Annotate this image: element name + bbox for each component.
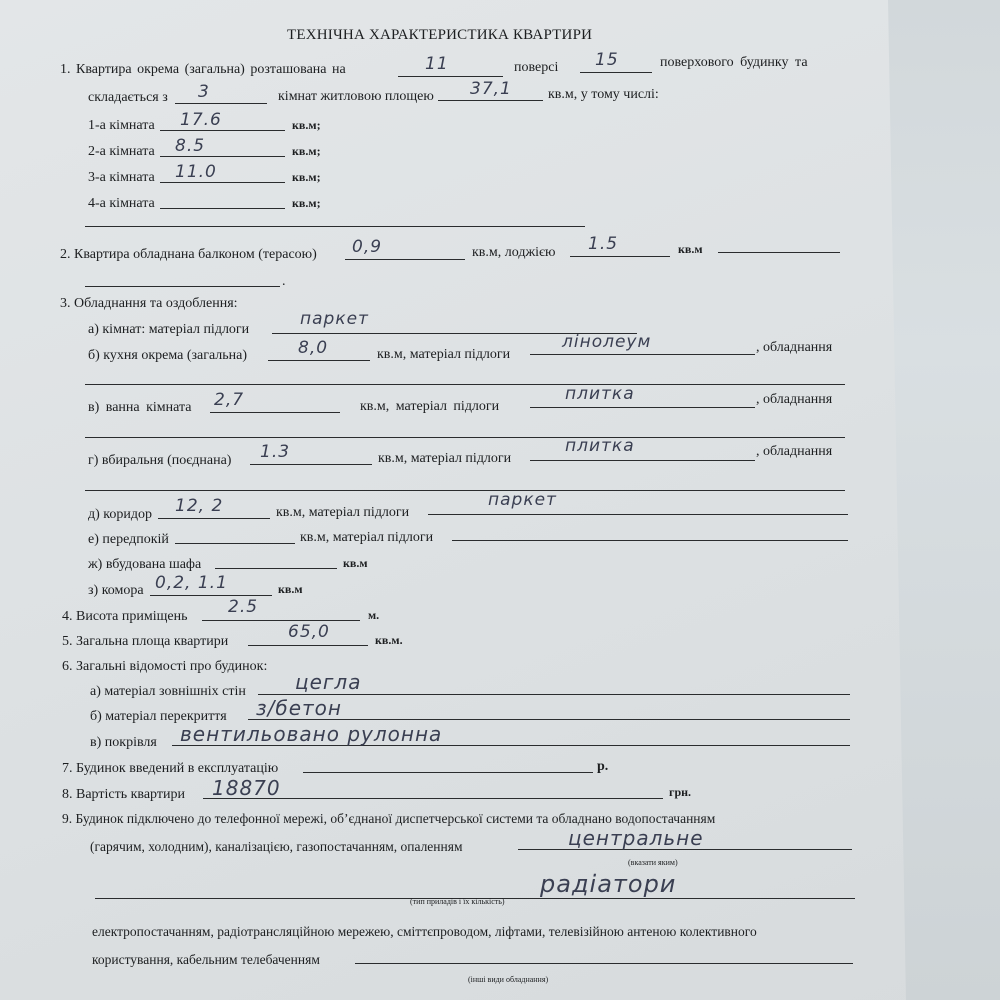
price-value: 18870 [212, 776, 281, 800]
form-sheet: ТЕХНІЧНА ХАРАКТЕРИСТИКА КВАРТИРИ 1. Квар… [0, 0, 1000, 1000]
year-unit: р. [597, 759, 608, 775]
storage-unit: кв.м [278, 582, 303, 597]
total-area-value: 65,0 [288, 622, 330, 642]
s3e-label: е) передпокій [88, 532, 169, 548]
balcony-value: 0,9 [352, 237, 382, 257]
storeys-value: 15 [595, 50, 619, 70]
hall-floor-field[interactable] [452, 540, 848, 541]
living-area-suffix: кв.м, у тому числі: [548, 87, 659, 103]
room1-label: 1-а кімната [88, 118, 155, 134]
wardrobe-field[interactable] [215, 568, 337, 569]
s4-label: 4. Висота приміщень [62, 609, 187, 625]
rooms-count-value: 3 [198, 82, 210, 102]
loggia-unit: кв.м [678, 242, 703, 257]
extra-area-field[interactable] [718, 252, 840, 253]
s5-label: 5. Загальна площа квартири [62, 634, 228, 650]
floor-field[interactable] [398, 76, 503, 77]
living-area-field[interactable] [438, 100, 543, 101]
room2-field[interactable] [160, 156, 285, 157]
walls-field[interactable] [258, 694, 850, 695]
s3g-label: г) вбиральня (поєднана) [88, 453, 231, 469]
room1-field[interactable] [160, 130, 285, 131]
extra-area-field-2[interactable] [85, 286, 280, 287]
kitchen-floor-field[interactable] [530, 354, 755, 355]
bath-area-value: 2,7 [214, 390, 244, 410]
wc-floor-label: кв.м, матеріал підлоги [378, 451, 511, 467]
corridor-area-field[interactable] [158, 518, 270, 519]
loggia-value: 1.5 [588, 234, 618, 254]
bath-floor-value: плитка [565, 384, 635, 404]
kitchen-equip: , обладнання [756, 340, 832, 356]
living-area-value: 37,1 [470, 79, 512, 99]
wc-floor-value: плитка [565, 436, 635, 456]
s9-line2: (гарячим, холодним), каналізацією, газоп… [90, 839, 463, 855]
total-area-unit: кв.м. [375, 633, 403, 648]
room3-unit: кв.м; [292, 170, 321, 185]
wardrobe-unit: кв.м [343, 556, 368, 571]
bath-area-field[interactable] [210, 412, 340, 413]
walls-value: цегла [295, 670, 361, 694]
rooms-count-field[interactable] [175, 103, 267, 104]
wc-floor-field[interactable] [530, 460, 755, 461]
height-field[interactable] [202, 620, 360, 621]
room2-label: 2-а кімната [88, 144, 155, 160]
bath-floor-label: кв.м, матеріал підлоги [360, 399, 499, 415]
room2-unit: кв.м; [292, 144, 321, 159]
loggia-label: кв.м, лоджією [472, 245, 556, 261]
room2-value: 8.5 [175, 136, 205, 156]
s8-label: 8. Вартість квартири [62, 787, 185, 803]
storage-value: 0,2, 1.1 [155, 573, 228, 593]
s3zh-label: ж) вбудована шафа [88, 557, 201, 573]
kitchen-equip-field[interactable] [85, 384, 845, 385]
corridor-floor-field[interactable] [428, 514, 848, 515]
roof-label: в) покрівля [90, 735, 157, 751]
loggia-field[interactable] [570, 256, 670, 257]
walls-label: а) матеріал зовнішніх стін [90, 684, 246, 700]
bath-floor-field[interactable] [530, 407, 755, 408]
hall-area-field[interactable] [175, 543, 295, 544]
storage-field[interactable] [150, 595, 272, 596]
room3-label: 3-а кімната [88, 170, 155, 186]
wc-equip: , обладнання [756, 444, 832, 460]
wc-area-value: 1.3 [260, 442, 290, 462]
s3z-label: з) комора [88, 583, 144, 599]
room3-value: 11.0 [175, 162, 217, 182]
balcony-field[interactable] [345, 259, 465, 260]
other-equipment-field[interactable] [355, 963, 853, 964]
s9-line3: електропостачанням, радіотрансляційною м… [92, 924, 757, 940]
kitchen-floor-value: лінолеум [562, 332, 651, 352]
s7-label: 7. Будинок введений в експлуатацію [62, 761, 278, 777]
rooms-prefix: складається з [88, 90, 168, 106]
bath-equip: , обладнання [756, 392, 832, 408]
room4-field[interactable] [160, 208, 285, 209]
roof-value: вентильовано рулонна [180, 722, 442, 746]
s3-heading: 3. Обладнання та оздоблення: [60, 296, 238, 312]
kitchen-area-field[interactable] [268, 360, 370, 361]
wc-area-field[interactable] [250, 464, 372, 465]
ceiling-value: з/бетон [256, 696, 342, 720]
storeys-label: поверхового будинку та [660, 55, 808, 71]
kitchen-area-value: 8,0 [298, 338, 328, 358]
s9-line1: 9. Будинок підключено до телефонної мере… [62, 811, 715, 827]
height-value: 2.5 [228, 597, 258, 617]
corridor-area-value: 12, 2 [175, 496, 223, 516]
s3d-label: д) коридор [88, 507, 152, 523]
total-area-field[interactable] [248, 645, 368, 646]
room-floor-value: паркет [300, 309, 369, 329]
extra-line-1[interactable] [85, 226, 585, 227]
room1-value: 17.6 [180, 110, 222, 130]
storeys-field[interactable] [580, 72, 652, 73]
room1-unit: кв.м; [292, 118, 321, 133]
price-unit: грн. [669, 785, 691, 800]
height-unit: м. [368, 608, 379, 623]
s2-prefix: 2. Квартира обладнана балконом (терасою) [60, 247, 317, 263]
year-field[interactable] [303, 772, 593, 773]
heating-value: центральне [568, 826, 704, 850]
s2-end: . [282, 274, 286, 290]
s6-heading: 6. Загальні відомості про будинок: [62, 659, 267, 675]
heating-hint: (вказати яким) [628, 858, 678, 867]
devices-value: радіатори [540, 870, 676, 898]
s3v-label: в) ванна кімната [88, 400, 192, 416]
bath-equip-field[interactable] [85, 437, 845, 438]
room4-label: 4-а кімната [88, 196, 155, 212]
other-equipment-hint: (інші види обладнання) [468, 975, 548, 984]
form-title: ТЕХНІЧНА ХАРАКТЕРИСТИКА КВАРТИРИ [287, 27, 592, 44]
hall-floor-label: кв.м, матеріал підлоги [300, 530, 433, 546]
corridor-floor-label: кв.м, матеріал підлоги [276, 505, 409, 521]
floor-value: 11 [425, 54, 449, 74]
room3-field[interactable] [160, 182, 285, 183]
s1-prefix: 1. Квартира окрема (загальна) розташован… [60, 62, 346, 78]
s3b-label: б) кухня окрема (загальна) [88, 348, 247, 364]
s9-line4: користування, кабельним телебаченням [92, 952, 320, 968]
kitchen-floor-label: кв.м, матеріал підлоги [377, 347, 510, 363]
wc-equip-field[interactable] [85, 490, 845, 491]
room4-unit: кв.м; [292, 196, 321, 211]
s3a-label: а) кімнат: матеріал підлоги [88, 322, 249, 338]
devices-hint: (тип приладів і їх кількість) [410, 897, 505, 906]
living-area-label: кімнат житловою площею [278, 89, 434, 105]
corridor-floor-value: паркет [488, 490, 557, 510]
floor-label: поверсі [514, 60, 558, 76]
